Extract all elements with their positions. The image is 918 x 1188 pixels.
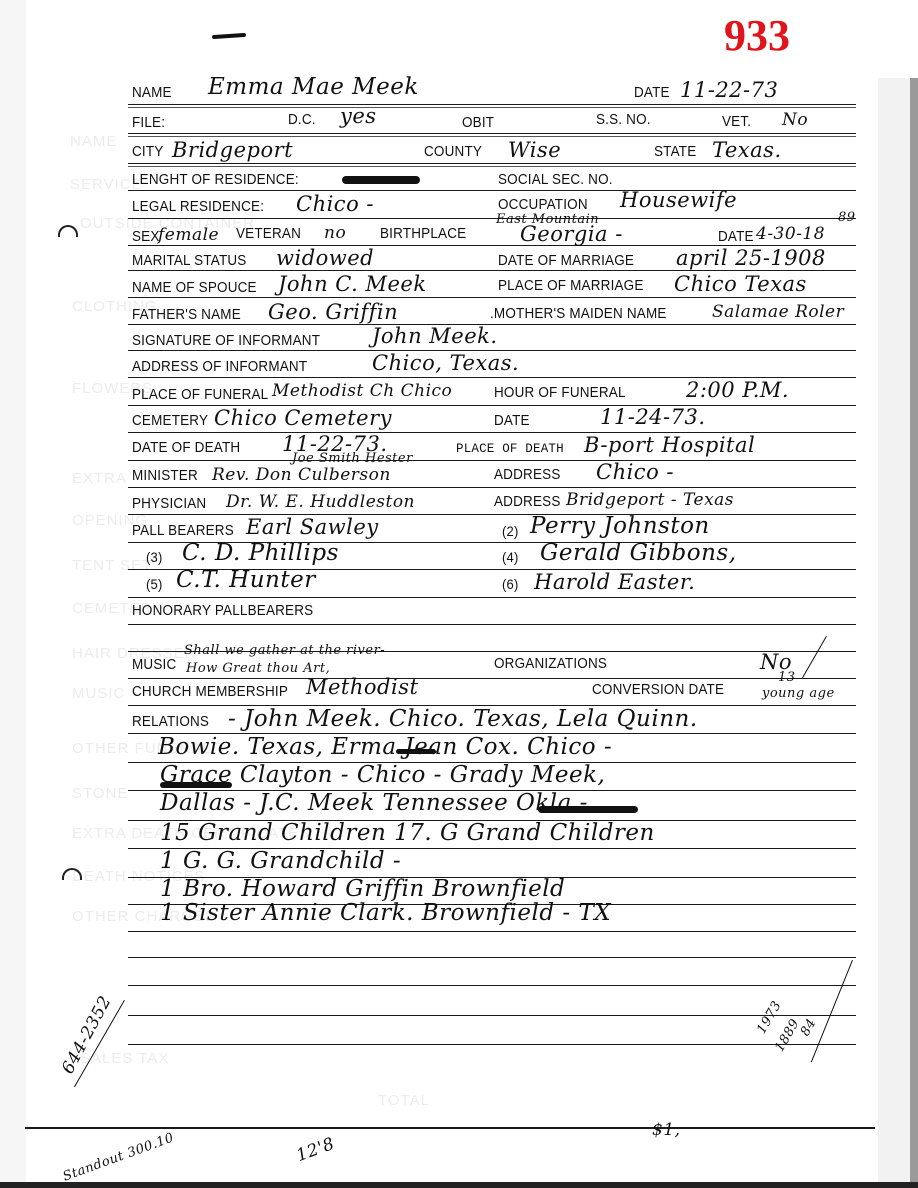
physician-value: Dr. W. E. Huddleston bbox=[226, 492, 415, 512]
death-place-value: B-port Hospital bbox=[584, 433, 755, 457]
social-sec-label: SOCIAL SEC. NO. bbox=[498, 172, 613, 188]
pallbearer-6: Harold Easter. bbox=[534, 570, 695, 594]
form-rule bbox=[128, 163, 856, 164]
marriage-date-value: april 25-1908 bbox=[676, 246, 826, 270]
name-value: Emma Mae Meek bbox=[208, 74, 419, 100]
relations-line: Bowie. Texas, Erma Jean Cox. Chico - bbox=[158, 734, 612, 760]
occupation-value: Housewife bbox=[620, 188, 737, 212]
veteran-value: no bbox=[324, 223, 346, 243]
informant-address-label: ADDRESS OF INFORMANT bbox=[132, 359, 307, 375]
calc-year-2: 1889 bbox=[772, 1017, 803, 1055]
form-rule bbox=[128, 270, 856, 271]
obit-label: OBIT bbox=[462, 115, 494, 131]
mother-value: Salamae Roler bbox=[712, 302, 844, 322]
organizations-label: ORGANIZATIONS bbox=[494, 656, 607, 672]
music-line-2: How Great thou Art, bbox=[186, 661, 330, 676]
form-rule bbox=[128, 957, 856, 958]
funeral-hour-value: 2:00 P.M. bbox=[686, 378, 789, 402]
pallbearer-3: C. D. Phillips bbox=[182, 540, 339, 566]
vet-label: VET. bbox=[722, 114, 751, 130]
paper-fold-edge bbox=[25, 1127, 875, 1129]
ss-no-label: S.S. NO. bbox=[596, 112, 651, 128]
birthplace-label: BIRTHPLACE bbox=[380, 226, 466, 242]
death-place-label: PLACE OF DEATH bbox=[456, 442, 564, 456]
relations-line: Dallas - J.C. Meek Tennessee Okla - bbox=[160, 790, 588, 816]
legal-residence-label: LEGAL RESIDENCE: bbox=[132, 199, 264, 215]
cemetery-date-value: 11-24-73. bbox=[600, 405, 706, 429]
funeral-place-label: PLACE OF FUNERAL bbox=[132, 387, 268, 403]
pallbearer-num-3: (3) bbox=[146, 549, 162, 565]
form-rule bbox=[128, 597, 856, 598]
birth-date-value: 4-30-18 bbox=[756, 224, 825, 244]
informant-signature-label: SIGNATURE OF INFORMANT bbox=[132, 333, 320, 349]
county-value: Wise bbox=[508, 138, 561, 162]
form-rule bbox=[128, 624, 856, 625]
pallbearers-label: PALL BEARERS bbox=[132, 523, 234, 539]
informant-signature-value: John Meek. bbox=[372, 324, 498, 348]
spouse-value: John C. Meek bbox=[278, 272, 427, 296]
strikeout-mark bbox=[396, 749, 436, 754]
pallbearer-5: C.T. Hunter bbox=[176, 567, 316, 593]
relations-line: 15 Grand Children 17. G Grand Children bbox=[160, 820, 655, 846]
minister-address-value: Chico - bbox=[596, 460, 674, 484]
margin-bottom-right-partial: $1, bbox=[652, 1120, 681, 1140]
pallbearer-num-4: (4) bbox=[502, 549, 518, 565]
relations-line: 1 Bro. Howard Griffin Brownfield bbox=[160, 876, 565, 902]
margin-bottom-left-note: Standout 300.10 bbox=[61, 1130, 176, 1184]
cemetery-label: CEMETERY bbox=[132, 413, 208, 429]
city-label: CITY bbox=[132, 144, 163, 160]
ghost-label: STONE bbox=[72, 785, 128, 802]
form-rule bbox=[128, 460, 856, 461]
ghost-label: NAME bbox=[70, 133, 117, 150]
form-rule bbox=[128, 133, 856, 134]
father-label: FATHER'S NAME bbox=[132, 307, 241, 323]
pallbearer-2: Perry Johnston bbox=[530, 513, 710, 539]
ghost-label: TENT SET bbox=[72, 557, 152, 574]
relations-line: 1 Sister Annie Clark. Brownfield - TX bbox=[160, 900, 611, 926]
form-rule bbox=[128, 931, 856, 932]
veteran-label: VETERAN bbox=[236, 226, 301, 242]
minister-note: Joe Smith Hester bbox=[292, 451, 413, 466]
form-rule bbox=[128, 487, 856, 488]
honorary-pallbearers-label: HONORARY PALLBEARERS bbox=[132, 603, 313, 619]
occupation-label: OCCUPATION bbox=[498, 197, 588, 213]
ghost-label: EXTRA bbox=[72, 470, 127, 487]
state-value: Texas. bbox=[712, 138, 782, 162]
relations-line: - John Meek. Chico. Texas, Lela Quinn. bbox=[228, 706, 698, 732]
scan-right-edge bbox=[910, 0, 918, 1188]
margin-bottom-mid-note: 12'8 bbox=[294, 1134, 338, 1166]
birth-date-label: DATE bbox=[718, 229, 754, 245]
church-membership-label: CHURCH MEMBERSHIP bbox=[132, 684, 288, 700]
dc-label: D.C. bbox=[288, 112, 316, 128]
dc-value: yes bbox=[340, 104, 377, 128]
date-label: DATE bbox=[634, 85, 670, 101]
conversion-date-note: 13 bbox=[778, 670, 796, 685]
form-rule bbox=[128, 1015, 856, 1016]
informant-address-value: Chico, Texas. bbox=[372, 351, 519, 375]
ghost-label: TOTAL bbox=[378, 1092, 430, 1109]
form-rule bbox=[128, 678, 856, 679]
form-rule bbox=[128, 190, 856, 191]
strikeout-mark bbox=[160, 782, 232, 788]
conversion-date-value: young age bbox=[762, 686, 835, 701]
physician-address-label: ADDRESS bbox=[494, 494, 560, 510]
music-line-1: Shall we gather at the river- bbox=[184, 643, 385, 658]
pen-dash-mark bbox=[212, 33, 246, 39]
mother-label: .MOTHER'S MAIDEN NAME bbox=[490, 306, 667, 322]
pallbearer-num-5: (5) bbox=[146, 576, 162, 592]
city-value: Bridgeport bbox=[172, 138, 293, 162]
marital-status-value: widowed bbox=[276, 246, 374, 270]
relations-label: RELATIONS bbox=[132, 714, 209, 730]
binder-hole-mark bbox=[58, 225, 78, 237]
pen-slash-mark bbox=[811, 960, 853, 1062]
scribbled-out-mark bbox=[342, 176, 420, 184]
scan-bottom-edge bbox=[0, 1182, 918, 1188]
minister-label: MINISTER bbox=[132, 468, 198, 484]
physician-label: PHYSICIAN bbox=[132, 496, 206, 512]
physician-address-value: Bridgeport - Texas bbox=[566, 490, 734, 510]
marriage-date-label: DATE OF MARRIAGE bbox=[498, 253, 634, 269]
pallbearer-num-2: (2) bbox=[502, 523, 518, 539]
sex-value: female bbox=[158, 225, 219, 245]
cemetery-value: Chico Cemetery bbox=[214, 406, 392, 430]
sex-label: SEX bbox=[132, 229, 160, 245]
pallbearer-4: Gerald Gibbons, bbox=[540, 540, 737, 566]
cemetery-date-label: DATE bbox=[494, 413, 530, 429]
vet-value: No bbox=[782, 110, 808, 130]
strikeout-mark bbox=[538, 806, 638, 813]
pallbearer-num-6: (6) bbox=[502, 576, 518, 592]
form-rule bbox=[128, 104, 856, 105]
birth-date-correction: 89 bbox=[838, 210, 856, 225]
marriage-place-value: Chico Texas bbox=[674, 272, 807, 296]
ghost-label: MUSIC bbox=[72, 685, 125, 702]
county-label: COUNTY bbox=[424, 144, 482, 160]
church-membership-value: Methodist bbox=[306, 675, 418, 699]
name-label: NAME bbox=[132, 85, 172, 101]
date-value: 11-22-73 bbox=[680, 78, 778, 102]
form-rule bbox=[128, 218, 856, 219]
calc-result: 84 bbox=[798, 1016, 820, 1039]
relations-line: 1 G. G. Grandchild - bbox=[160, 848, 401, 874]
pallbearer-1: Earl Sawley bbox=[246, 515, 379, 539]
form-rule bbox=[128, 1044, 856, 1045]
scan-left-margin bbox=[0, 0, 26, 1188]
page-number: 933 bbox=[724, 10, 790, 61]
minister-value: Rev. Don Culberson bbox=[212, 465, 391, 485]
legal-residence-value: Chico - bbox=[296, 192, 374, 216]
marriage-place-label: PLACE OF MARRIAGE bbox=[498, 278, 644, 294]
funeral-place-value: Methodist Ch Chico bbox=[272, 381, 452, 401]
form-rule bbox=[128, 297, 856, 298]
death-date-label: DATE OF DEATH bbox=[132, 440, 240, 456]
father-value: Geo. Griffin bbox=[268, 300, 398, 324]
minister-address-label: ADDRESS bbox=[494, 467, 560, 483]
form-rule bbox=[128, 985, 856, 986]
spouse-label: NAME OF SPOUCE bbox=[132, 280, 257, 296]
file-label: FILE: bbox=[132, 115, 165, 131]
conversion-date-label: CONVERSION DATE bbox=[592, 682, 724, 698]
state-label: STATE bbox=[654, 144, 696, 160]
form-rule bbox=[128, 514, 856, 515]
birthplace-value: Georgia - bbox=[520, 222, 623, 246]
pen-slash-mark bbox=[802, 636, 827, 678]
music-label: MUSIC bbox=[132, 657, 176, 673]
residence-length-label: LENGHT OF RESIDENCE: bbox=[132, 172, 299, 188]
marital-status-label: MARITAL STATUS bbox=[132, 253, 246, 269]
funeral-hour-label: HOUR OF FUNERAL bbox=[494, 385, 626, 401]
